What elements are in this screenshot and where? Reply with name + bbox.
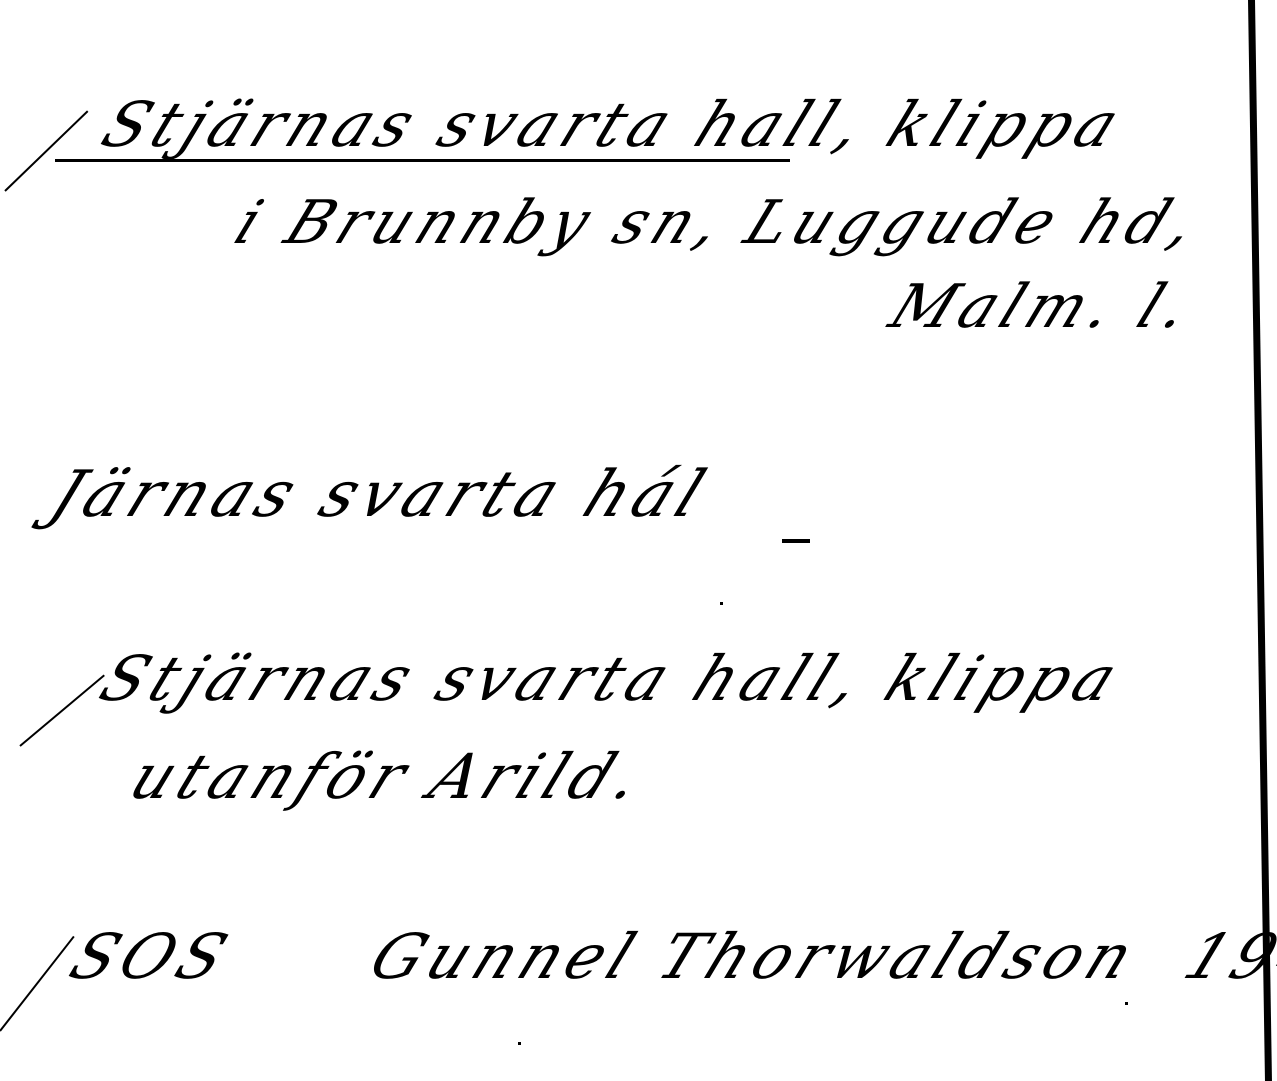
- entry-3-line-2: utanför Arild.: [120, 740, 658, 813]
- scan-speck: [518, 1042, 521, 1045]
- scan-speck: [720, 602, 723, 605]
- pen-stroke: [4, 110, 88, 191]
- archive-card: Stjärnas svarta hall, klippa i Brunnby s…: [0, 0, 1277, 1081]
- phonetic-underline-mark: [782, 539, 810, 543]
- source-code: SOS: [60, 920, 243, 993]
- entry-3-line-1: Stjärnas svarta hall, klippa: [90, 642, 1134, 715]
- card-right-border: [1248, 0, 1272, 1081]
- scan-speck: [1125, 1002, 1128, 1005]
- record-year: 1945.: [1174, 920, 1277, 993]
- entry-1-line-2: i Brunnby sn, Luggude hd,: [225, 188, 1212, 258]
- entry-1-line-3: Malm. l.: [880, 272, 1206, 342]
- headword-underline: [55, 159, 790, 162]
- entry-2-line-1: Järnas svarta hál: [40, 458, 721, 532]
- informant-signature: Gunnel Thorwaldson 1945.: [360, 920, 1277, 993]
- informant-name: Gunnel Thorwaldson: [360, 920, 1150, 993]
- entry-1-line-1: Stjärnas svarta hall, klippa: [92, 88, 1136, 161]
